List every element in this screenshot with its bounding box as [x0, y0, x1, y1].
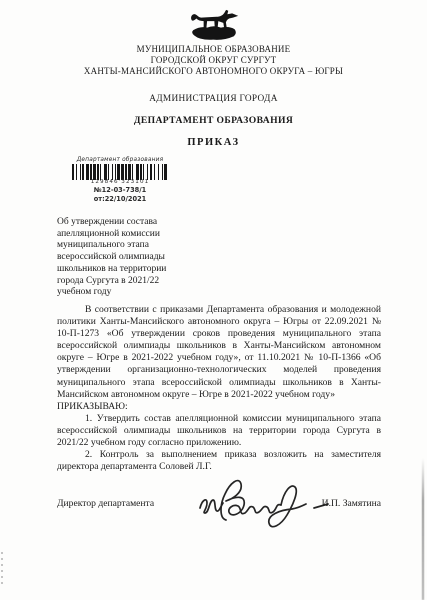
- order-word: ПРИКАЗЫВАЮ:: [57, 401, 381, 413]
- scanned-order-page: МУНИЦИПАЛЬНОЕ ОБРАЗОВАНИЕ ГОРОДСКОЙ ОКРУ…: [0, 0, 427, 600]
- stamp-label: Департамент образования: [62, 157, 178, 163]
- subject-line: города Сургута в 2021/22: [57, 276, 242, 288]
- signer-name: И.П. Замятина: [322, 498, 381, 509]
- department-line: ДЕПАРТАМЕНТ ОБРАЗОВАНИЯ: [0, 115, 427, 126]
- subject-line: школьников на территории: [57, 264, 242, 276]
- barcode-icon: [68, 164, 172, 180]
- subject-line: Об утверждении состава: [57, 217, 242, 229]
- order-item-1: 1. Утвердить состав апелляционной комисс…: [57, 413, 381, 449]
- handwritten-signature-icon: [192, 464, 342, 536]
- doc-type-title: ПРИКАЗ: [0, 137, 427, 148]
- registration-stamp: Департамент образования 129846'323101 №1…: [62, 157, 178, 203]
- subject-line: всероссийской олимпиады: [57, 252, 242, 264]
- subject-line: учебном году: [57, 287, 242, 299]
- org-header: МУНИЦИПАЛЬНОЕ ОБРАЗОВАНИЕ ГОРОДСКОЙ ОКРУ…: [0, 44, 427, 76]
- scan-edge-artifact-left: [1, 552, 3, 586]
- subject-line: муниципального этапа: [57, 240, 242, 252]
- order-subject: Об утверждении состава апелляционной ком…: [57, 217, 242, 299]
- stamp-registration-date: от:22/10/2021: [62, 195, 178, 203]
- org-line-city: ГОРОДСКОЙ ОКРУГ СУРГУТ: [0, 55, 427, 66]
- intro-paragraph: В соответствии с приказами Департамента …: [57, 304, 381, 401]
- org-line-municipal: МУНИЦИПАЛЬНОЕ ОБРАЗОВАНИЕ: [0, 44, 427, 55]
- surgut-fox-emblem-icon: [185, 6, 243, 44]
- signer-title: Директор департамента: [57, 498, 154, 509]
- stamp-registration-number: №12-03-738/1: [62, 186, 178, 194]
- scan-edge-artifact-right: [422, 458, 424, 600]
- order-body: В соответствии с приказами Департамента …: [57, 304, 381, 473]
- org-line-okrug: ХАНТЫ-МАНСИЙСКОГО АВТОНОМНОГО ОКРУГА – Ю…: [0, 66, 427, 77]
- administration-line: АДМИНИСТРАЦИЯ ГОРОДА: [0, 94, 427, 104]
- subject-line: апелляционной комиссии: [57, 229, 242, 241]
